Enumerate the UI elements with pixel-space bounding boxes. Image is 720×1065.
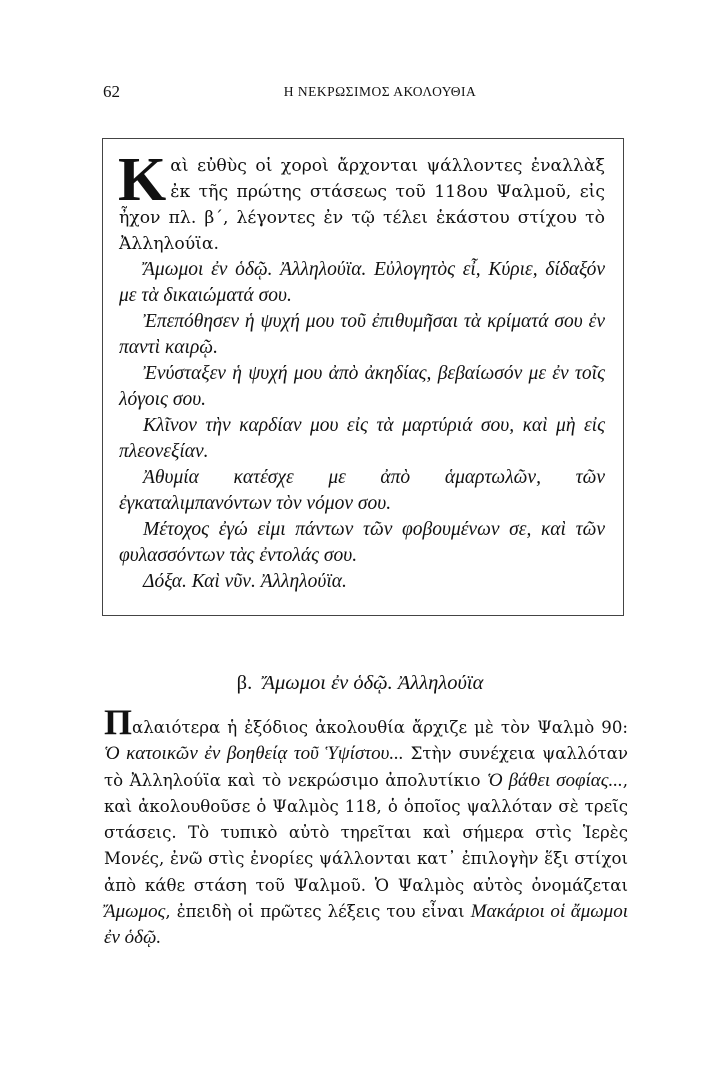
verse: Κλῖνον τὴν καρδίαν μου εἰς τὰ μαρτύριά σ…	[119, 413, 605, 465]
dropcap: Κ	[118, 156, 166, 204]
paragraph-dropcap: Π	[104, 702, 132, 742]
verse: Δόξα. Καὶ νῦν. Ἀλληλούϊα.	[119, 569, 605, 595]
section-number: β.	[237, 672, 253, 694]
verse: Ἀθυμία κατέσχε με ἀπὸ ἁμαρτωλῶν, τῶν ἐγκ…	[119, 465, 605, 517]
segment-italic: Ἄμωμος	[104, 901, 165, 922]
verse: Ἄμωμοι ἐν ὁδῷ. Ἀλληλούϊα. Εὐλογητὸς εἶ, …	[119, 257, 605, 309]
segment-italic: Ὁ κατοικῶν ἐν βοηθείᾳ τοῦ Ὑψίστου...	[104, 743, 404, 764]
segment-italic: Ὁ βάθει σοφίας...	[487, 770, 623, 791]
body-paragraph: Παλαιότερα ἡ ἐξόδιος ἀκολουθία ἄρχιζε μὲ…	[104, 712, 628, 952]
section-heading: β. Ἄμωμοι ἐν ὁδῷ. Ἀλληλούϊα	[0, 672, 720, 695]
running-head: Η ΝΕΚΡΩΣΙΜΟΣ ΑΚΟΛΟΥΘΙΑ	[0, 84, 720, 100]
verse: Μέτοχος ἐγώ εἰμι πάντων τῶν φοβουμένων σ…	[119, 517, 605, 569]
section-title: Ἄμωμοι ἐν ὁδῷ. Ἀλληλούϊα	[262, 672, 483, 694]
rubric-intro-text: αὶ εὐθὺς οἱ χοροὶ ἄρχονται ψάλλοντες ἐνα…	[119, 156, 605, 254]
segment: , ἐπειδὴ οἱ πρῶτες λέξεις του εἶναι	[165, 902, 470, 921]
verse: Ἐπεπόθησεν ἡ ψυχή μου τοῦ ἐπιθυμῆσαι τὰ …	[119, 309, 605, 361]
verse: Ἐνύσταξεν ἡ ψυχή μου ἀπὸ ἀκηδίας, βεβαίω…	[119, 361, 605, 413]
segment: αλαιότερα ἡ ἐξόδιος ἀκολουθία ἄρχιζε μὲ …	[132, 718, 628, 737]
rubric-intro: Καὶ εὐθὺς οἱ χοροὶ ἄρχονται ψάλλοντες ἐν…	[119, 153, 605, 257]
rubric-box: Καὶ εὐθὺς οἱ χοροὶ ἄρχονται ψάλλοντες ἐν…	[102, 138, 624, 616]
